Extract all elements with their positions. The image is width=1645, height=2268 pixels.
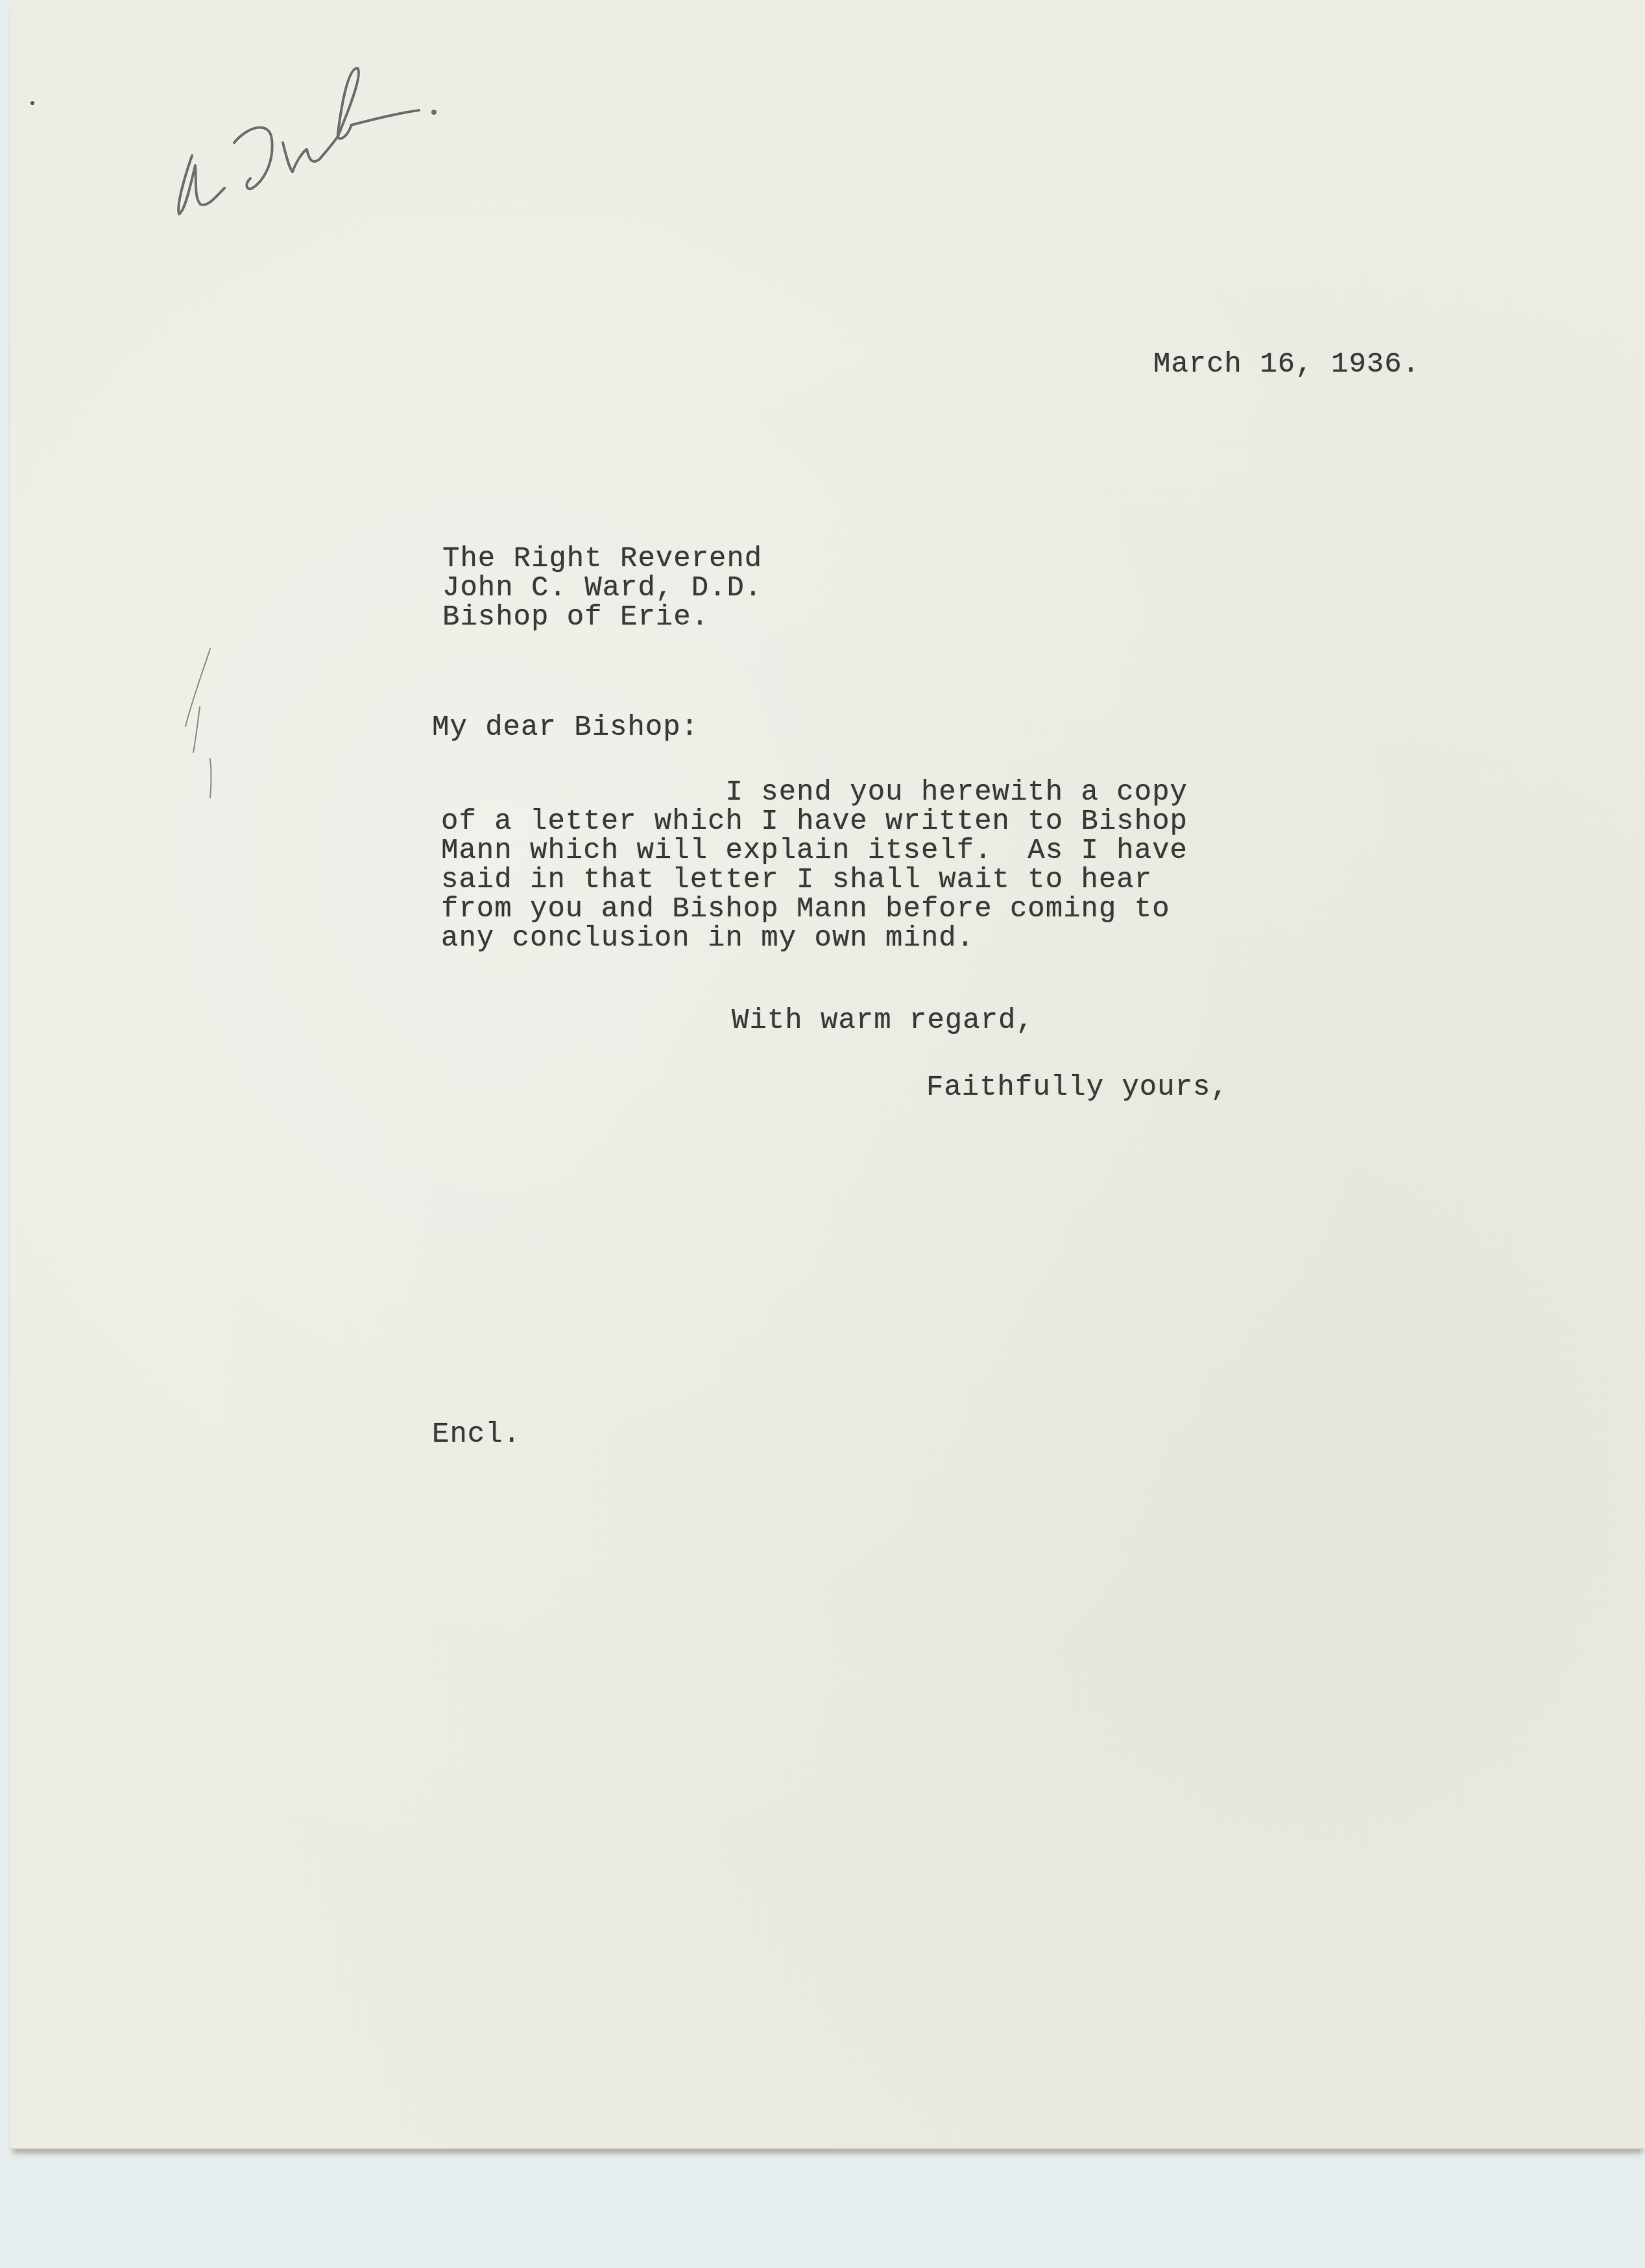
closing-phrase: With warm regard, bbox=[732, 1007, 1034, 1036]
letter-body: I send you herewith a copyof a letter wh… bbox=[441, 778, 1188, 953]
body-line: of a letter which I have written to Bish… bbox=[441, 807, 1188, 837]
letter-page: March 16, 1936. The Right ReverendJohn C… bbox=[10, 0, 1645, 2149]
salutation: My dear Bishop: bbox=[432, 713, 699, 743]
recipient-line: Bishop of Erie. bbox=[442, 603, 762, 632]
body-line: from you and Bishop Mann before coming t… bbox=[441, 895, 1188, 924]
recipient-address: The Right ReverendJohn C. Ward, D.D.Bish… bbox=[442, 545, 762, 632]
pencil-annotation-icon bbox=[156, 49, 442, 217]
recipient-line: John C. Ward, D.D. bbox=[442, 574, 762, 603]
body-line: said in that letter I shall wait to hear bbox=[441, 866, 1188, 895]
body-line: any conclusion in my own mind. bbox=[441, 924, 1188, 953]
signoff: Faithfully yours, bbox=[926, 1073, 1229, 1103]
body-line: Mann which will explain itself. As I hav… bbox=[441, 837, 1188, 866]
enclosure-note: Encl. bbox=[432, 1420, 521, 1450]
pencil-stray-mark-icon bbox=[166, 636, 218, 811]
letter-date: March 16, 1936. bbox=[1153, 350, 1420, 379]
stray-dot-mark bbox=[30, 101, 34, 105]
body-line: I send you herewith a copy bbox=[441, 778, 1188, 807]
recipient-line: The Right Reverend bbox=[442, 545, 762, 574]
